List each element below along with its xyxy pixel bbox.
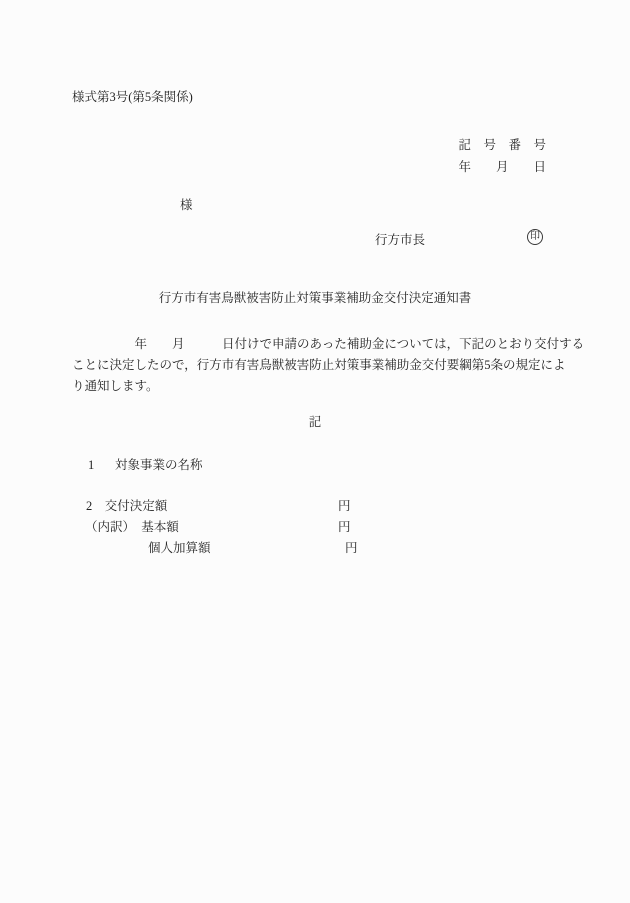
sender-title: 行方市長 xyxy=(375,232,425,248)
body-line-2: ことに決定したので，行方市有害鳥獣被害防止対策事業補助金交付要綱第5条の規定によ xyxy=(72,357,566,373)
addressee-honorific: 様 xyxy=(180,197,193,213)
breakdown-base-label: （内訳） 基本額 xyxy=(85,519,179,535)
breakdown-base-unit-yen: 円 xyxy=(338,519,351,535)
reference-number-line: 記 号 番 号 xyxy=(458,137,546,153)
seal-character: 印 xyxy=(530,232,540,242)
item1-label: 対象事業の名称 xyxy=(115,457,203,473)
reference-date-line: 年 月 日 xyxy=(458,159,546,175)
body-line-3: り通知します。 xyxy=(72,378,159,394)
breakdown-individual-unit-yen: 円 xyxy=(345,540,358,556)
record-heading: 記 xyxy=(0,414,630,430)
breakdown-individual-label: 個人加算額 xyxy=(148,540,211,556)
document-page: 様式第3号(第5条関係) 記 号 番 号 年 月 日 様 行方市長 印 行方市有… xyxy=(0,0,630,903)
seal-mark-icon: 印 xyxy=(527,229,543,245)
form-number: 様式第3号(第5条関係) xyxy=(72,89,193,105)
item2-label: 2 交付決定額 xyxy=(86,498,167,514)
item1-number: 1 xyxy=(88,457,94,473)
document-title: 行方市有害鳥獣被害防止対策事業補助金交付決定通知書 xyxy=(0,290,630,306)
item2-unit-yen: 円 xyxy=(338,498,351,514)
body-line-1: 年 月 日付けで申請のあった補助金については，下記のとおり交付する xyxy=(72,336,584,352)
